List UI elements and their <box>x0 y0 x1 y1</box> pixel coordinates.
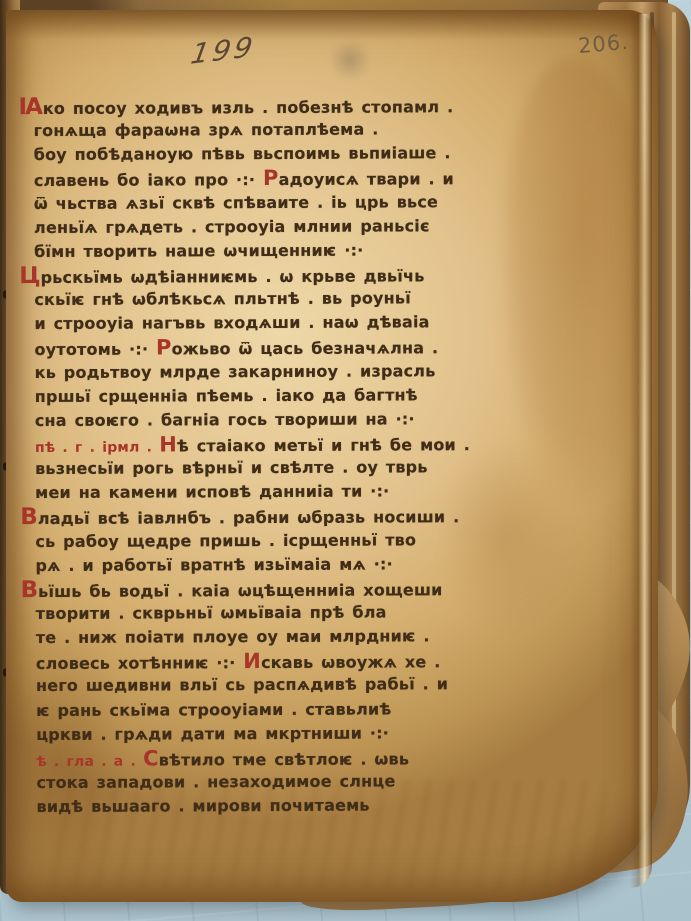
manuscript-text-line: рѧ . и работьї вратнѣ изьїмаіа мѧ ·:· <box>35 552 521 578</box>
ink-text: оутотомь ·:· <box>34 340 156 360</box>
ink-text: пршьї срщенніа пѣемь . іако да багтнѣ <box>35 385 418 406</box>
ink-text: стока западови . незаходимое слнце <box>36 771 395 792</box>
manuscript-text-line: и строоуіа нагъвь входѧши . наѡ дѣваіа <box>34 310 520 336</box>
rubric-text: С <box>143 746 159 770</box>
page-edge-highlight <box>672 12 676 840</box>
ink-text: вьзнесьїи рогь вѣрньї и свѣлте . оу тврь <box>35 457 428 478</box>
manuscript-text-line: ІАко посоу ходивъ изль . побезнѣ стопамл… <box>33 93 519 119</box>
manuscript-text-line: меи на камени исповѣ данниіа ти ·:· <box>35 479 521 505</box>
manuscript-text-line: цркви . грѧди дати ма мкртниши ·:· <box>36 721 522 747</box>
ink-text: сна своѥго . багніа гось твориши на ·:· <box>35 409 415 430</box>
ink-text: словесь хотѣнниѥ ·:· <box>36 653 243 673</box>
ink-text: бїмн творить наше ѡчищенниѥ ·:· <box>34 240 363 260</box>
manuscript-text-line: ѣ . гла . а . Свѣтило тме свѣтлоѥ . ѡвь <box>36 745 522 771</box>
rubric-text: ѣ . гла . а . <box>36 753 143 769</box>
rubric-text: ІА <box>18 94 40 120</box>
ink-text: славень бо іако про ·:· <box>34 170 263 190</box>
manuscript-text-line: леньїѧ грѧдеть . строоуіа млнии раньсіє <box>34 214 520 240</box>
manuscript-text-line: сна своѥго . багніа гось твориши на ·:· <box>35 407 521 433</box>
ink-text: те . ниж поіати плоуе оу маи млрдниѥ . <box>36 626 430 647</box>
page-number-right: 206. <box>577 30 630 58</box>
ink-text: рѧ . и работьї вратнѣ изьїмаіа мѧ ·:· <box>35 554 393 575</box>
ink-text: ѣ стаіако метьї и гнѣ бе мои . <box>177 435 470 455</box>
manuscript-text-line: скьїѥ гнѣ ѡблѣкьсѧ пльтнѣ . вь роуньї <box>34 286 520 312</box>
ink-text: него шедивни вльї сь распѧдивѣ рабьї . и <box>36 675 448 696</box>
page-top-shading <box>6 10 658 40</box>
rubric-text: Р <box>263 166 279 190</box>
page-right-fold <box>630 14 652 888</box>
manuscript-text-line: пѣ . г . ірмл . Нѣ стаіако метьї и гнѣ б… <box>35 431 521 457</box>
manuscript-text-line: Вьїшь бь водьї . каіа ѡцѣщенниіа хощеши <box>36 576 522 602</box>
parchment-page: 199 206. ІАко посоу ходивъ изль . побезн… <box>6 10 658 902</box>
ink-text: адоуисѧ твари . и <box>279 170 455 190</box>
ink-text: ьїшь бь водьї . каіа ѡцѣщенниіа хощеши <box>38 580 443 601</box>
manuscript-photo: 199 206. ІАко посоу ходивъ изль . побезн… <box>0 0 691 921</box>
ink-text: и строоуіа нагъвь входѧши . наѡ дѣваіа <box>34 313 429 334</box>
ink-text: сь рабоу щедре пришь . ісрщенньї тво <box>35 530 416 551</box>
rubric-text: Р <box>156 336 172 360</box>
ink-text: гонѧща фараѡна зрѧ потаплѣема . <box>34 120 379 141</box>
rubric-text: Ц <box>19 263 38 289</box>
manuscript-text-line: славень бо іако про ·:· Радоуисѧ твари .… <box>34 165 520 191</box>
manuscript-text-line: боу побѣданоую пѣвь вьспоимь вьпиіаше . <box>34 141 520 167</box>
manuscript-text-line: сь рабоу щедре пришь . ісрщенньї тво <box>35 527 521 553</box>
ink-text: цркви . грѧди дати ма мкртниши ·:· <box>36 723 389 744</box>
ink-smudge <box>328 40 372 80</box>
manuscript-text-line: кь родьтвоу млрде закарниноу . израсль <box>35 358 521 384</box>
rubric-text: В <box>20 504 36 530</box>
manuscript-text-line: те . ниж поіати плоуе оу маи млрдниѥ . <box>36 624 522 650</box>
ink-text: ожьво ѿ цась безначѧлна . <box>172 339 439 359</box>
ink-text: леньїѧ грѧдеть . строоуіа млнии раньсіє <box>34 216 430 237</box>
ink-text: кь родьтвоу млрде закарниноу . израсль <box>35 361 436 382</box>
manuscript-text-line: ѥ рань скьїма строоуіами . ставьлиѣ <box>36 696 522 722</box>
ink-text: ладьї всѣ іавлнбъ . рабни ѡбразь носиши … <box>38 508 460 529</box>
manuscript-text-line: гонѧща фараѡна зрѧ потаплѣема . <box>34 117 520 143</box>
manuscript-text-line: него шедивни вльї сь распѧдивѣ рабьї . и <box>36 672 522 698</box>
manuscript-text-line: Црьскьїмь ѡдѣіанниѥмь . ѡ крьве двьїчь <box>34 262 520 288</box>
rubric-text: пѣ . г . ірмл . <box>35 439 159 456</box>
ink-text: творити . скврьньї ѡмьїваіа прѣ бла <box>36 602 387 623</box>
ink-text: вѣтило тме свѣтлоѥ . ѡвь <box>159 749 409 769</box>
rubric-text: В <box>21 577 37 603</box>
ink-text: скавь ѡвоужѧ хе . <box>261 652 441 672</box>
manuscript-text-line: оутотомь ·:· Рожьво ѿ цась безначѧлна . <box>34 334 520 360</box>
text-block: ІАко посоу ходивъ изль . побезнѣ стопамл… <box>16 93 522 819</box>
manuscript-text-line: Владьї всѣ іавлнбъ . рабни ѡбразь носиши… <box>35 503 521 529</box>
manuscript-text-line: ѿ чьства ѧзьї сквѣ спѣваите . іь црь вьс… <box>34 189 520 215</box>
ink-text: ѿ чьства ѧзьї сквѣ спѣваите . іь црь вьс… <box>34 192 438 213</box>
page-number-center: 199 <box>188 30 258 70</box>
ink-text: ко посоу ходивъ изль . побезнѣ стопамл . <box>43 97 454 118</box>
ink-text: боу побѣданоую пѣвь вьспоимь вьпиіаше . <box>34 143 451 164</box>
ink-text: видѣ вьшааго . мирови почитаемь <box>36 796 369 816</box>
ink-text: скьїѥ гнѣ ѡблѣкьсѧ пльтнѣ . вь роуньї <box>34 289 411 310</box>
manuscript-text-line: стока западови . незаходимое слнце <box>36 769 522 795</box>
ink-text: рьскьїмь ѡдѣіанниѥмь . ѡ крьве двьїчь <box>41 266 425 287</box>
parchment-stain <box>500 60 650 500</box>
manuscript-text-line: видѣ вьшааго . мирови почитаемь <box>36 793 522 819</box>
ink-text: ѥ рань скьїма строоуіами . ставьлиѣ <box>36 699 391 720</box>
manuscript-text-line: бїмн творить наше ѡчищенниѥ ·:· <box>34 238 520 264</box>
ink-text: меи на камени исповѣ данниіа ти ·:· <box>35 482 389 503</box>
rubric-text: Н <box>159 432 177 456</box>
manuscript-text-line: словесь хотѣнниѥ ·:· Искавь ѡвоужѧ хе . <box>36 648 522 674</box>
rubric-text: И <box>243 649 261 673</box>
manuscript-text-line: творити . скврьньї ѡмьїваіа прѣ бла <box>36 600 522 626</box>
manuscript-text-line: вьзнесьїи рогь вѣрньї и свѣлте . оу тврь <box>35 455 521 481</box>
manuscript-text-line: пршьї срщенніа пѣемь . іако да багтнѣ <box>35 383 521 409</box>
